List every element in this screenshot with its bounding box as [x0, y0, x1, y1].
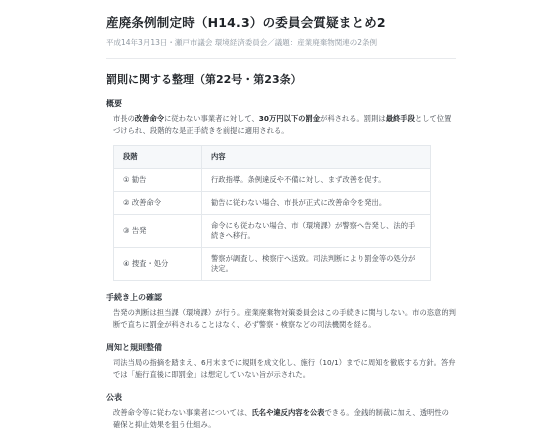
stage-cell: ① 勧告	[114, 169, 202, 192]
page-subtitle: 平成14年3月13日・瀬戸市議会 環境経済委員会／議題：産業廃棄物関連の2条例	[106, 37, 456, 48]
section-procedure: 手続き上の確認 告発の判断は担当課（環境課）が行う。産業廃棄物対策委員会はこの手…	[106, 292, 456, 331]
table-header-stage: 段階	[114, 146, 202, 169]
header-divider	[106, 58, 456, 59]
table-header-row: 段階 内容	[114, 146, 431, 169]
document-page: 産廃条例制定時（H14.3）の委員会質疑まとめ2 平成14年3月13日・瀬戸市議…	[106, 0, 456, 405]
content-cell: 警察が調査し、検察庁へ送致。司法判断により罰金等の処分が決定。	[202, 248, 431, 281]
content-cell: 勧告に従わない場合、市長が正式に改善命令を発出。	[202, 192, 431, 215]
stage-cell: ③ 告発	[114, 215, 202, 248]
section-disclosure: 公表 改善命令等に従わない事業者については、氏名や違反内容を公表できる。金銭的制…	[106, 392, 456, 405]
section-paragraph: 告発の判断は担当課（環境課）が行う。産業廃棄物対策委員会はこの手続きに関与しない…	[106, 307, 456, 331]
article-heading: 罰則に関する整理（第22号・第23条）	[106, 71, 456, 87]
section-label: 周知と規則整備	[106, 342, 456, 353]
section-paragraph: 司法当局の指摘を踏まえ、6月末までに規則を成文化し、施行（10/1）までに周知を…	[106, 357, 456, 381]
section-label: 手続き上の確認	[106, 292, 456, 303]
page-title: 産廃条例制定時（H14.3）の委員会質疑まとめ2	[106, 13, 456, 31]
section-label: 公表	[106, 392, 456, 403]
table-row: ③ 告発 命令にも従わない場合、市（環境課）が警察へ告発し、法的手続きへ移行。	[114, 215, 431, 248]
section-label: 概要	[106, 98, 456, 109]
table-row: ② 改善命令 勧告に従わない場合、市長が正式に改善命令を発出。	[114, 192, 431, 215]
section-overview: 概要 市長の改善命令に従わない事業者に対して、30万円以下の罰金が科される。罰則…	[106, 98, 456, 137]
stage-cell: ④ 捜査・処分	[114, 248, 202, 281]
section-rules: 周知と規則整備 司法当局の指摘を踏まえ、6月末までに規則を成文化し、施行（10/…	[106, 342, 456, 381]
stage-cell: ② 改善命令	[114, 192, 202, 215]
section-paragraph: 市長の改善命令に従わない事業者に対して、30万円以下の罰金が科される。罰則は最終…	[106, 113, 456, 137]
stage-table: 段階 内容 ① 勧告 行政指導。条例違反や不備に対し、まず改善を促す。 ② 改善…	[113, 145, 431, 281]
table-row: ① 勧告 行政指導。条例違反や不備に対し、まず改善を促す。	[114, 169, 431, 192]
table-header-content: 内容	[202, 146, 431, 169]
table-row: ④ 捜査・処分 警察が調査し、検察庁へ送致。司法判断により罰金等の処分が決定。	[114, 248, 431, 281]
content-cell: 行政指導。条例違反や不備に対し、まず改善を促す。	[202, 169, 431, 192]
content-cell: 命令にも従わない場合、市（環境課）が警察へ告発し、法的手続きへ移行。	[202, 215, 431, 248]
